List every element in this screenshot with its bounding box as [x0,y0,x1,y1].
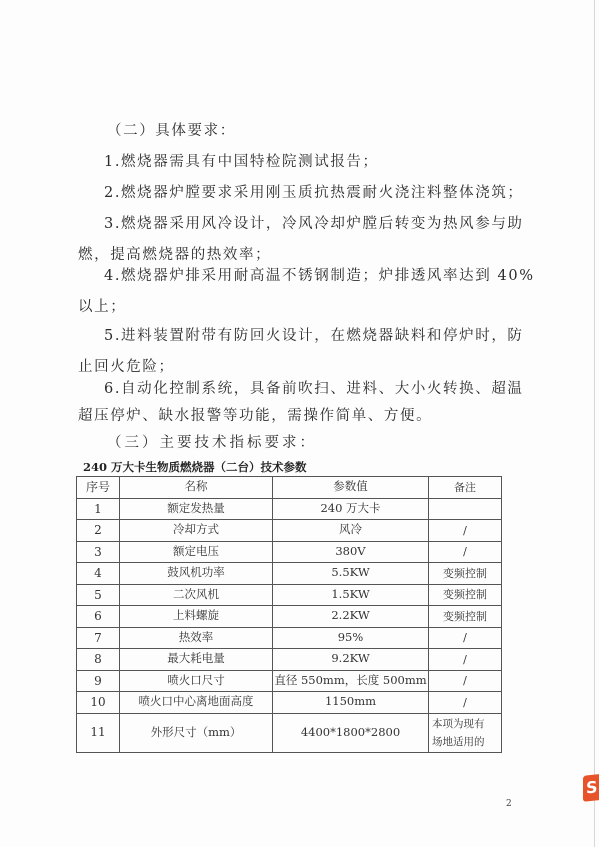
requirement-3: 3.燃烧器采用风冷设计，冷风冷却炉膛后转变为热风参与助 [104,212,524,233]
table-row: 9 喷火口尺寸 直径 550mm，长度 500mm / [77,670,502,692]
table-row: 7 热效率 95% / [77,627,502,649]
page-edge-divider [594,0,595,847]
requirement-6-cont: 超压停炉、缺水报警等功能，需操作简单、方便。 [78,404,432,425]
cell-value: 380V [273,541,429,563]
cell-value: 1.5KW [273,584,429,606]
cell-name: 喷火口尺寸 [120,670,273,692]
cell-name: 冷却方式 [120,520,273,542]
table-row: 6 上料螺旋 2.2KW 变频控制 [77,606,502,628]
table-row: 2 冷却方式 风冷 / [77,520,502,542]
cell-note [429,498,502,520]
note-line-1: 本项为现有 [432,715,501,733]
cell-note: / [429,520,502,542]
cell-note: / [429,541,502,563]
cell-name: 外形尺寸（mm） [120,713,273,752]
cell-name: 鼓风机功率 [120,563,273,585]
requirement-4: 4.燃烧器炉排采用耐高温不锈钢制造；炉排透风率达到 40% [104,264,535,285]
cell-index: 2 [77,520,120,542]
requirement-5-cont: 止回火危险； [78,355,175,376]
header-note: 备注 [429,477,502,499]
table-row: 3 额定电压 380V / [77,541,502,563]
sogou-logo-icon: S [583,774,599,802]
cell-value: 240 万大卡 [273,498,429,520]
cell-name: 额定电压 [120,541,273,563]
cell-index: 11 [77,713,120,752]
requirement-4-cont: 以上； [78,295,126,316]
cell-name: 热效率 [120,627,273,649]
cell-value: 1150mm [273,692,429,714]
requirement-3-cont: 燃，提高燃烧器的热效率； [78,243,271,264]
document-page: （二）具体要求： 1.燃烧器需具有中国特检院测试报告； 2.燃烧器炉膛要求采用刚… [0,0,599,847]
cell-note: / [429,627,502,649]
cell-index: 8 [77,649,120,671]
table-title: 240 万大卡生物质燃烧器（二台）技术参数 [83,459,307,475]
cell-value: 95% [273,627,429,649]
table-row: 11 外形尺寸（mm） 4400*1800*2800 本项为现有 场地适用的 [77,713,502,752]
cell-value: 直径 550mm，长度 500mm [273,670,429,692]
spec-table: 序号 名称 参数值 备注 1 额定发热量 240 万大卡 2 冷却方式 风冷 /… [76,476,502,753]
cell-index: 4 [77,563,120,585]
header-value: 参数值 [273,477,429,499]
requirement-2: 2.燃烧器炉膛要求采用刚玉质抗热震耐火浇注料整体浇筑； [104,181,524,202]
section-2-heading: （二）具体要求： [107,119,236,140]
cell-index: 1 [77,498,120,520]
cell-value: 4400*1800*2800 [273,713,429,752]
logo-glyph: S [586,777,598,797]
note-line-2: 场地适用的 [432,733,501,751]
cell-name: 最大耗电量 [120,649,273,671]
requirement-6: 6.自动化控制系统，具备前吹扫、进料、大小火转换、超温 [104,377,524,398]
cell-name: 二次风机 [120,584,273,606]
cell-index: 5 [77,584,120,606]
requirement-5: 5.进料装置附带有防回火设计，在燃烧器缺料和停炉时，防 [104,324,524,345]
requirement-1: 1.燃烧器需具有中国特检院测试报告； [104,150,379,171]
cell-note: 变频控制 [429,606,502,628]
cell-note: / [429,670,502,692]
cell-note: / [429,692,502,714]
cell-note: 变频控制 [429,584,502,606]
cell-value: 5.5KW [273,563,429,585]
page-number: 2 [506,799,512,809]
cell-value: 9.2KW [273,649,429,671]
table-row: 8 最大耗电量 9.2KW / [77,649,502,671]
table-row: 4 鼓风机功率 5.5KW 变频控制 [77,563,502,585]
table-row: 1 额定发热量 240 万大卡 [77,498,502,520]
table-header-row: 序号 名称 参数值 备注 [77,477,502,499]
section-3-heading: （三）主要技术指标要求： [107,431,317,452]
cell-name: 上料螺旋 [120,606,273,628]
cell-note: 变频控制 [429,563,502,585]
cell-index: 3 [77,541,120,563]
cell-note: 本项为现有 场地适用的 [429,713,502,752]
cell-value: 风冷 [273,520,429,542]
header-name: 名称 [120,477,273,499]
table-row: 5 二次风机 1.5KW 变频控制 [77,584,502,606]
cell-index: 9 [77,670,120,692]
table-row: 10 喷火口中心离地面高度 1150mm / [77,692,502,714]
cell-index: 10 [77,692,120,714]
cell-name: 喷火口中心离地面高度 [120,692,273,714]
cell-index: 7 [77,627,120,649]
header-index: 序号 [77,477,120,499]
cell-value: 2.2KW [273,606,429,628]
cell-index: 6 [77,606,120,628]
cell-note: / [429,649,502,671]
cell-name: 额定发热量 [120,498,273,520]
